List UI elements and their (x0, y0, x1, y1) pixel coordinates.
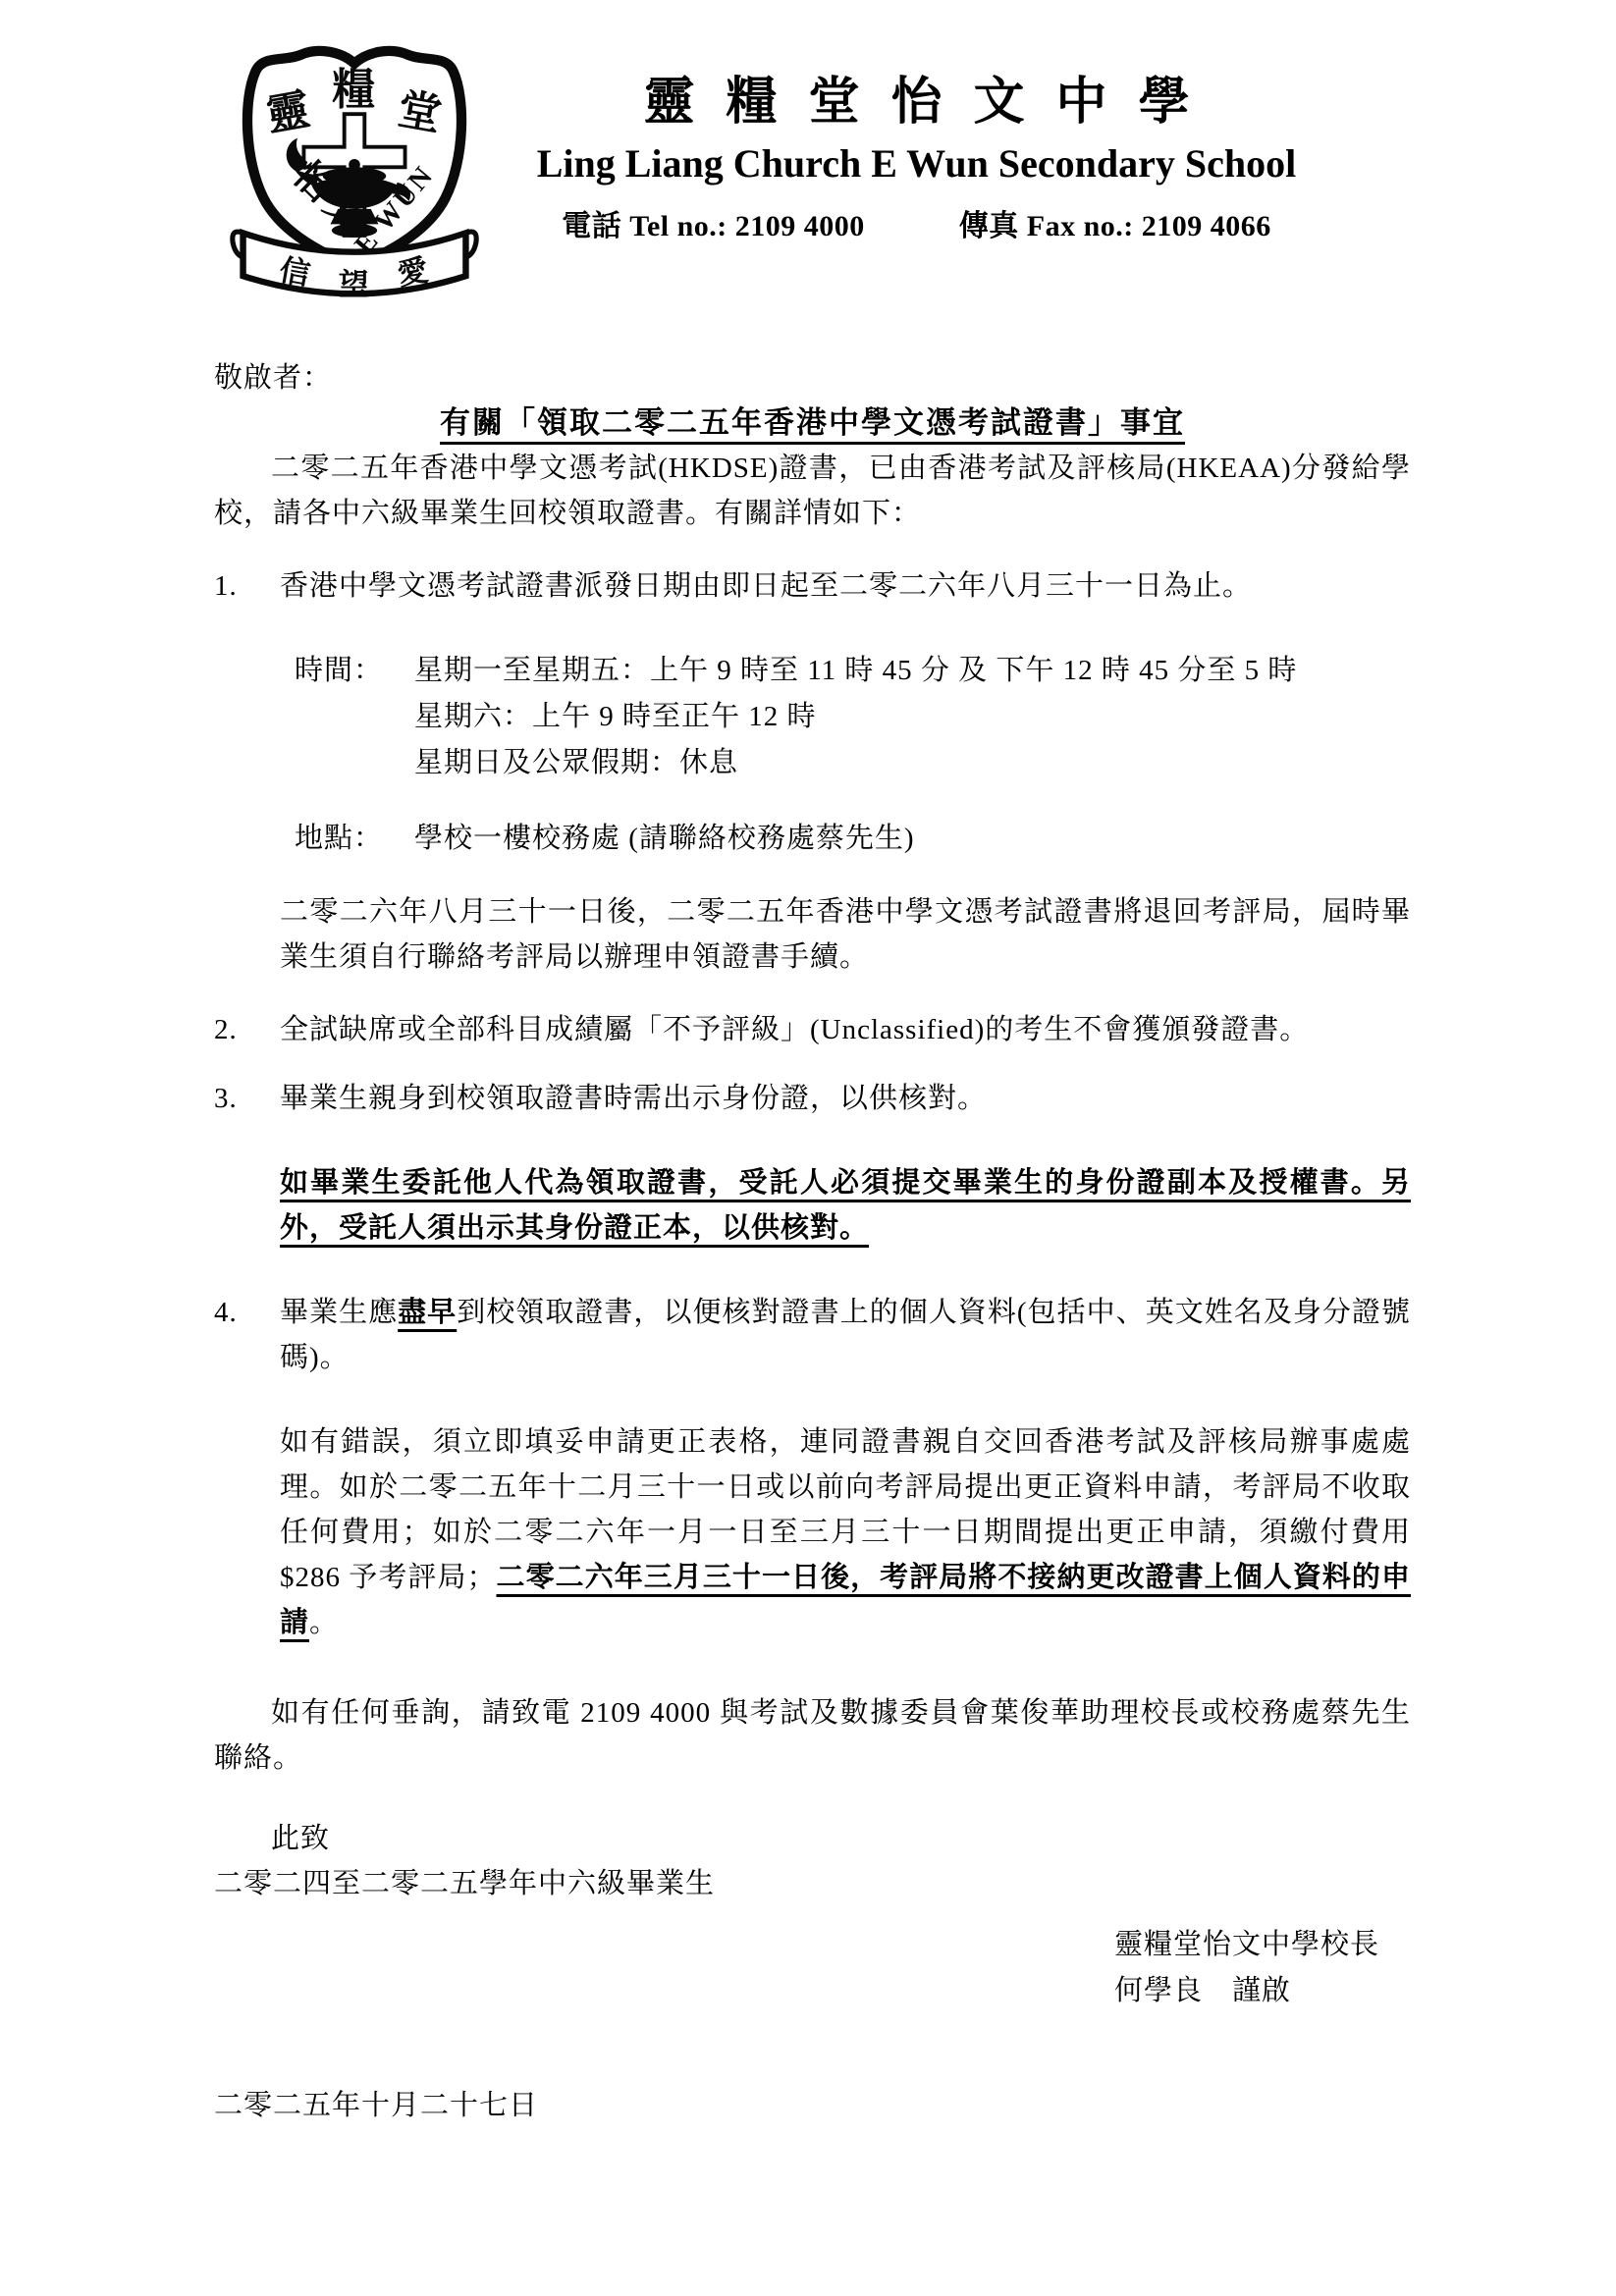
tel-number: 電話 Tel no.: 2109 4000 (562, 210, 865, 242)
letter-date: 二零二五年十月二十七日 (214, 2083, 1411, 2128)
proxy-requirement-note: 如畢業生委託他人代為領取證書，受託人必須提交畢業生的身份證副本及授權書。另外，受… (280, 1160, 1411, 1251)
fax-number: 傳真 Fax no.: 2109 4066 (959, 210, 1271, 242)
time-row: 時間： 星期一至星期五：上午 9 時至 11 時 45 分 及 下午 12 時 … (280, 648, 1411, 786)
school-crest-icon: 靈 糧 堂 怡文 E WUN 信 望 愛 (228, 43, 481, 310)
list-item-3: 3. 畢業生親身到校領取證書時需出示身份證，以供核對。 如畢業生委託他人代為領取… (214, 1076, 1411, 1251)
school-name-english: Ling Liang Church E Wun Secondary School (481, 139, 1352, 188)
enquiry-paragraph: 如有任何垂詢，請致電 2109 4000 與考試及數據委員會葉俊華助理校長或校務… (214, 1690, 1411, 1781)
collection-schedule: 時間： 星期一至星期五：上午 9 時至 11 時 45 分 及 下午 12 時 … (280, 648, 1411, 862)
correction-paragraph: 如有錯誤，須立即填妥申請更正表格，連同證書親自交回香港考試及評核局辦事處處理。如… (280, 1419, 1411, 1645)
signature-name: 何學良 謹啟 (1114, 1968, 1411, 2014)
school-header: 靈 糧 堂 怡文 E WUN 信 望 愛 靈糧堂怡文中學 Ling Liang … (214, 43, 1411, 310)
item-4-text: 畢業生應盡早到校領取證書，以便核對證書上的個人資料(包括中、英文姓名及身分證號碼… (280, 1290, 1411, 1380)
place-text: 學校一樓校務處 (請聯絡校務處蔡先生) (414, 816, 1411, 862)
signature-title: 靈糧堂怡文中學校長 (1114, 1922, 1411, 1968)
ribbon-char-faith: 信 (277, 252, 314, 292)
ribbon-char-love: 愛 (395, 252, 432, 292)
letter-page: 靈 糧 堂 怡文 E WUN 信 望 愛 靈糧堂怡文中學 Ling Liang … (0, 0, 1616, 2296)
time-lines: 星期一至星期五：上午 9 時至 11 時 45 分 及 下午 12 時 45 分… (414, 648, 1411, 786)
item-1-text: 香港中學文憑考試證書派發日期由即日起至二零二六年八月三十一日為止。 (280, 563, 1411, 609)
recipient-line: 二零二四至二零二五學年中六級畢業生 (214, 1861, 1411, 1906)
asap-emphasis: 盡早 (398, 1297, 457, 1328)
school-name-chinese: 靈糧堂怡文中學 (512, 73, 1352, 133)
item-4-text-before: 畢業生應 (280, 1297, 398, 1328)
item-3-number: 3. (214, 1076, 280, 1121)
time-saturday-line: 星期六：上午 9 時至正午 12 時 (414, 694, 1411, 740)
logo-char-tong: 堂 (395, 85, 447, 140)
item-4-number: 4. (214, 1290, 280, 1335)
item-3-body: 畢業生親身到校領取證書時需出示身份證，以供核對。 如畢業生委託他人代為領取證書，… (280, 1076, 1411, 1251)
logo-char-leung: 糧 (332, 66, 376, 114)
logo-char-ling: 靈 (263, 85, 315, 140)
time-sunday-line: 星期日及公眾假期：休息 (414, 740, 1411, 786)
item-1-number: 1. (214, 563, 280, 609)
item-3-text: 畢業生親身到校領取證書時需出示身份證，以供核對。 (280, 1076, 1411, 1121)
header-text-block: 靈糧堂怡文中學 Ling Liang Church E Wun Secondar… (481, 43, 1411, 249)
school-logo: 靈 糧 堂 怡文 E WUN 信 望 愛 (228, 43, 481, 310)
time-label: 時間： (295, 648, 414, 694)
return-note: 二零二六年八月三十一日後，二零二五年香港中學文憑考試證書將退回考評局，屆時畢業生… (280, 889, 1411, 980)
place-row: 地點： 學校一樓校務處 (請聯絡校務處蔡先生) (280, 816, 1411, 862)
item-4-body: 畢業生應盡早到校領取證書，以便核對證書上的個人資料(包括中、英文姓名及身分證號碼… (280, 1290, 1411, 1645)
salutation: 敬啟者： (214, 355, 1411, 400)
signature-block: 靈糧堂怡文中學校長 何學良 謹啟 (1114, 1922, 1411, 2014)
contact-line: 電話 Tel no.: 2109 4000 傳真 Fax no.: 2109 4… (481, 204, 1352, 249)
intro-paragraph: 二零二五年香港中學文憑考試(HKDSE)證書，已由香港考試及評核局(HKEAA)… (214, 446, 1411, 536)
list-item-4: 4. 畢業生應盡早到校領取證書，以便核對證書上的個人資料(包括中、英文姓名及身分… (214, 1290, 1411, 1645)
time-weekday-line: 星期一至星期五：上午 9 時至 11 時 45 分 及 下午 12 時 45 分… (414, 648, 1411, 694)
item-1-body: 香港中學文憑考試證書派發日期由即日起至二零二六年八月三十一日為止。 時間： 星期… (280, 563, 1411, 980)
item-2-text: 全試缺席或全部科目成績屬「不予評級」(Unclassified)的考生不會獲頒發… (280, 1007, 1411, 1052)
item-2-number: 2. (214, 1007, 280, 1052)
place-label: 地點： (295, 816, 414, 862)
list-item-1: 1. 香港中學文憑考試證書派發日期由即日起至二零二六年八月三十一日為止。 時間：… (214, 563, 1411, 980)
closing-phrase: 此致 (214, 1816, 1411, 1861)
ribbon-char-hope: 望 (339, 268, 370, 302)
item-2-body: 全試缺席或全部科目成績屬「不予評級」(Unclassified)的考生不會獲頒發… (280, 1007, 1411, 1052)
correction-text-after: 。 (309, 1607, 339, 1638)
subject-line: 有關「領取二零二五年香港中學文憑考試證書」事宜 (214, 400, 1411, 446)
list-item-2: 2. 全試缺席或全部科目成績屬「不予評級」(Unclassified)的考生不會… (214, 1007, 1411, 1052)
